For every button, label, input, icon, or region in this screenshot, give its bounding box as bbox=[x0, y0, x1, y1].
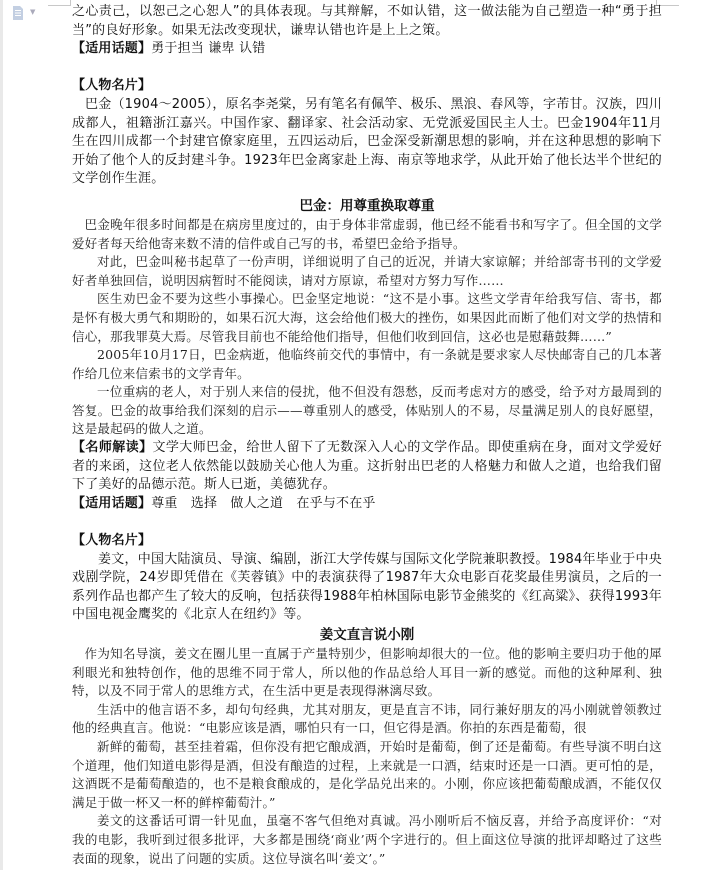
article-paragraph: 对此，巴金叫秘书起草了一份声明，详细说明了自己的近况，并请大家谅解；并给部寄书刊… bbox=[72, 253, 662, 290]
article-title-jiangwen: 姜文直言说小刚 bbox=[72, 625, 662, 645]
window-left-edge bbox=[0, 0, 3, 870]
profile-label-jiangwen: 【人物名片】 bbox=[72, 532, 662, 551]
topics-line-1: 【适用话题】勇于担当 谦卑 认错 bbox=[72, 40, 662, 59]
article-paragraph: 姜文的这番话可谓一针见血，虽毫不客气但绝对真诚。冯小刚听后不恼反喜，并给予高度评… bbox=[72, 812, 662, 868]
profile-label-bajin: 【人物名片】 bbox=[72, 77, 662, 96]
document-page: 之心责己，以恕己之心恕人”的具体表现。与其辩解，不如认错，这一做法能为自己塑造一… bbox=[72, 3, 662, 868]
continuation-paragraph: 之心责己，以恕己之心恕人”的具体表现。与其辩解，不如认错，这一做法能为自己塑造一… bbox=[72, 3, 662, 40]
article-paragraph: 一位重病的老人，对于别人来信的侵扰，他不但没有怨愁，反而考虑对方的感受，给予对方… bbox=[72, 383, 662, 439]
article-paragraph: 医生劝巴金不要为这些小事操心。巴金坚定地说：“这不是小事。这些文学青年给我写信、… bbox=[72, 290, 662, 346]
topics-line-2: 【适用话题】尊重 选择 做人之道 在乎与不在乎 bbox=[72, 495, 662, 514]
chevron-down-icon[interactable]: ▼ bbox=[30, 8, 35, 16]
profile-text-bajin: 巴金（1904～2005），原名李尧棠，另有笔名有佩竿、极乐、黑浪、春风等，字芾… bbox=[72, 96, 662, 189]
article-paragraph: 2005年10月17日，巴金病逝，他临终前交代的事情中，有一条就是要求家人尽快邮… bbox=[72, 346, 662, 383]
page-corner-mark-left bbox=[48, 0, 71, 6]
topics-text: 勇于担当 谦卑 认错 bbox=[151, 41, 265, 56]
article-title-bajin: 巴金：用尊重换取尊重 bbox=[72, 196, 662, 216]
document-icon[interactable] bbox=[12, 6, 24, 20]
article-paragraph: 新鲜的葡萄，甚至挂着霜，但你没有把它酿成酒，开始时是葡萄，倒了还是葡萄。有些导演… bbox=[72, 738, 662, 812]
teacher-commentary: 【名师解读】文学大师巴金，给世人留下了无数深入人心的文学作品。即使重病在身，面对… bbox=[72, 439, 662, 495]
article-paragraph: 作为知名导演，姜文在圈儿里一直属于产量特别少，但影响却很大的一位。他的影响主要归… bbox=[72, 645, 662, 701]
profile-text-jiangwen: 姜文，中国大陆演员、导演、编剧，浙江大学传媒与国际文化学院兼职教授。1984年毕… bbox=[72, 551, 662, 625]
article-paragraph: 生活中的他言语不多，却句句经典，尤其对朋友，更是直言不讳，同行兼好朋友的冯小刚就… bbox=[72, 701, 662, 738]
article-paragraph: 巴金晚年很多时间都是在病房里度过的，由于身体非常虚弱，他已经不能看书和写字了。但… bbox=[72, 216, 662, 253]
teacher-text: 文学大师巴金，给世人留下了无数深入人心的文学作品。即使重病在身，面对文学爱好者的… bbox=[72, 440, 662, 492]
topics-label: 【适用话题】 bbox=[72, 41, 151, 56]
topics-label: 【适用话题】 bbox=[72, 496, 151, 511]
topics-text: 尊重 选择 做人之道 在乎与不在乎 bbox=[151, 496, 375, 511]
teacher-label: 【名师解读】 bbox=[72, 440, 152, 455]
